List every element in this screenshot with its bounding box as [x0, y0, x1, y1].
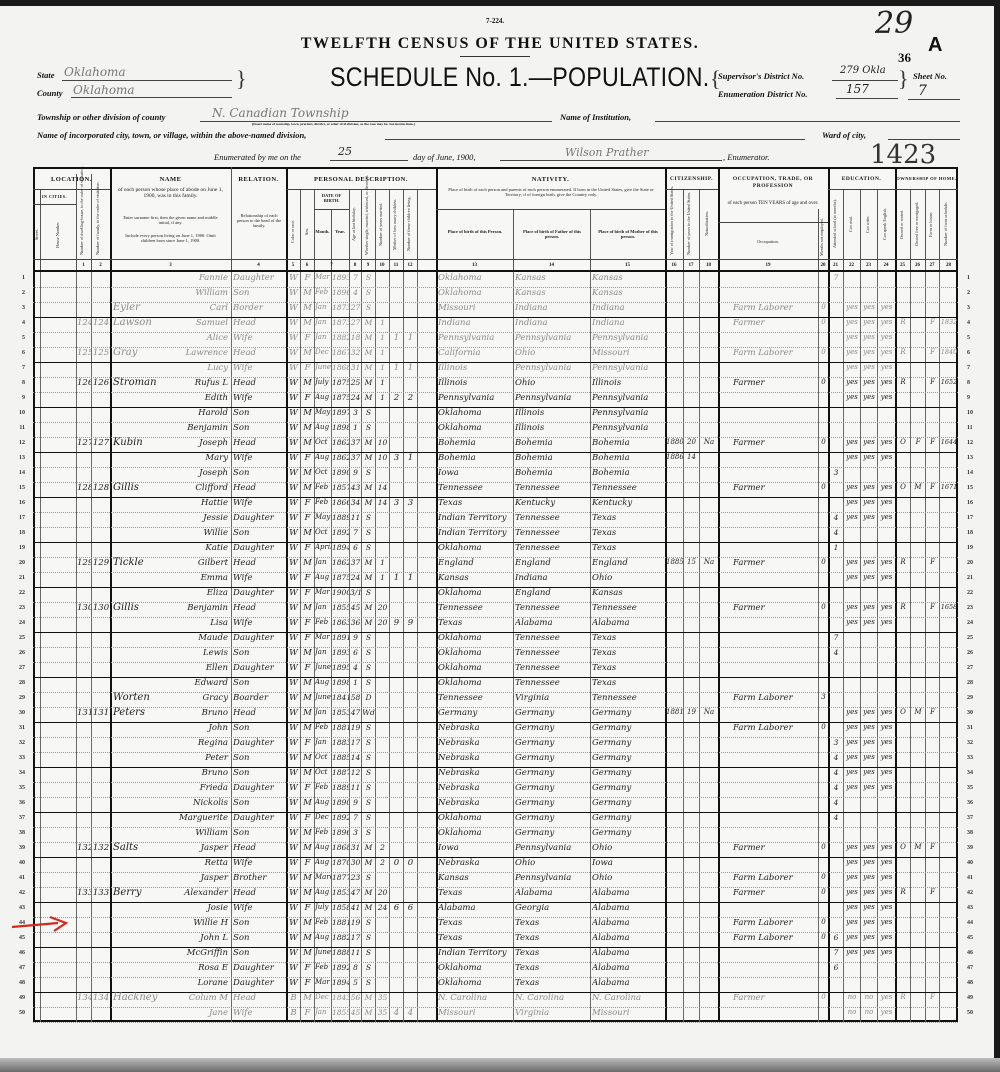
birthplace-mother: Germany: [592, 813, 665, 823]
sex: M: [301, 753, 314, 763]
row-number-right: 25: [967, 635, 983, 641]
table-row[interactable]: 23 130 130 Gillis Benjamin Head W M Jan …: [33, 602, 958, 618]
colnum-18: 18: [699, 263, 718, 268]
color-race: W: [287, 798, 300, 808]
birthplace-father: Texas: [515, 918, 590, 928]
attended-school: 4: [829, 813, 843, 822]
table-row[interactable]: 29 Worten Gracy Boarder W M June 1841 58…: [33, 692, 958, 708]
color-race: W: [287, 873, 300, 883]
color-race: W: [287, 948, 300, 958]
sex: M: [301, 918, 314, 928]
relation: Daughter: [233, 543, 285, 553]
birthplace-mother: Texas: [592, 663, 665, 673]
age: 31: [350, 843, 361, 852]
birth-year: 1895: [332, 663, 349, 672]
marital-status: M: [362, 1008, 375, 1017]
relation: Son: [233, 933, 285, 943]
birthplace-father: Ohio: [515, 378, 590, 388]
hdr-personal-description: PERSONAL DESCRIPTION.: [286, 176, 436, 183]
can-speak-english: yes: [878, 723, 895, 731]
birth-year: 1890: [332, 798, 349, 807]
birth-month: Feb: [315, 783, 331, 791]
farm-house: F: [926, 843, 939, 851]
birthplace-mother: Germany: [592, 738, 665, 748]
birthplace-person: Oklahoma: [438, 633, 513, 643]
birthplace-mother: Bohemia: [592, 438, 665, 448]
given-name: Lucy: [161, 363, 230, 373]
occupation: Farmer: [733, 993, 817, 1003]
attended-school: 6: [829, 963, 843, 972]
family-number: 127: [92, 438, 110, 448]
row-number-left: 1: [9, 275, 25, 281]
occupation: Farm Laborer: [733, 693, 817, 703]
table-row[interactable]: 34 Bruno Son W M Oct 1887 12 S Nebraska …: [33, 767, 958, 783]
years-married: 20: [376, 603, 389, 612]
relation: Son: [233, 468, 285, 478]
sex: F: [301, 573, 314, 583]
colnum-2: 2: [91, 263, 110, 268]
can-write: yes: [861, 873, 877, 881]
table-row[interactable]: 10 Harold Son W M May 1897 3 S Oklahoma …: [33, 407, 958, 423]
marital-status: S: [362, 798, 375, 807]
table-row[interactable]: 41 Jasper Brother W M March 1877 23 S Ka…: [33, 872, 958, 888]
table-row[interactable]: 44 Willie H Son W M Feb 1881 19 S Texas …: [33, 917, 958, 933]
table-row[interactable]: 1 Fannie Daughter W F Mar 1893 7 S Oklah…: [33, 272, 958, 288]
colnum-25: 25: [895, 263, 910, 268]
can-write: yes: [861, 918, 877, 926]
years-married: 35: [376, 993, 389, 1002]
marital-status: M: [362, 843, 375, 852]
relation: Head: [233, 708, 285, 718]
can-read: yes: [844, 843, 860, 851]
color-race: W: [287, 393, 300, 403]
can-write: yes: [861, 513, 877, 521]
birthplace-father: Pennsylvania: [515, 363, 590, 373]
row-number-left: 9: [9, 395, 25, 401]
row-number-right: 8: [967, 380, 983, 386]
relation: Son: [233, 948, 285, 958]
table-row[interactable]: 12 127 127 Kubin Joseph Head W M Oct 186…: [33, 437, 958, 453]
owned-rented: O: [896, 708, 910, 716]
table-row[interactable]: 37 Marguerite Daughter W F Dec 1892 7 S …: [33, 812, 958, 828]
relation: Son: [233, 723, 285, 733]
row-number-right: 49: [967, 995, 983, 1001]
birthplace-father: Tennessee: [515, 513, 590, 523]
farm-house: F: [926, 438, 939, 446]
color-race: W: [287, 468, 300, 478]
birth-year: 1877: [332, 873, 349, 882]
birthplace-father: Texas: [515, 948, 590, 958]
can-speak-english: yes: [878, 378, 895, 386]
birthplace-father: Germany: [515, 828, 590, 838]
table-row[interactable]: 4 124 124 Lawson Samuel Head W M Jan 187…: [33, 317, 958, 333]
birthplace-mother: Alabama: [592, 933, 665, 943]
birth-month: Feb: [315, 618, 331, 626]
birth-year: 1882: [332, 933, 349, 942]
county-value: Oklahoma: [73, 83, 135, 97]
birth-month: Aug: [315, 843, 331, 851]
can-speak-english: yes: [878, 993, 895, 1001]
sex: F: [301, 663, 314, 673]
marital-status: M: [362, 393, 375, 402]
age: 7: [350, 528, 361, 537]
colnum-28: 28: [939, 263, 958, 268]
table-row[interactable]: 14 Joseph Son W M Oct 1890 9 S Iowa Bohe…: [33, 467, 958, 483]
table-row[interactable]: 43 Josie Wife W F July 1858 41 M 24 6 6 …: [33, 902, 958, 918]
years-married: 14: [376, 483, 389, 492]
birthplace-mother: Tennessee: [592, 693, 665, 703]
marital-status: M: [362, 438, 375, 447]
given-name: Frieda: [161, 783, 230, 793]
birthplace-mother: Pennsylvania: [592, 423, 665, 433]
birthplace-person: Kansas: [438, 573, 513, 583]
can-speak-english: yes: [878, 363, 895, 371]
age: 3: [350, 408, 361, 417]
table-row[interactable]: 17 Jessie Daughter W F May 1889 11 S Ind…: [33, 512, 958, 528]
relation: Son: [233, 918, 285, 928]
table-row[interactable]: 48 Lorane Daughter W F Mar 1894 5 S Okla…: [33, 977, 958, 993]
table-row[interactable]: 3 Eyler Carl Border W M Jan 1873 27 S Mi…: [33, 302, 958, 318]
age: 7: [350, 273, 361, 282]
color-race: W: [287, 828, 300, 838]
marital-status: S: [362, 633, 375, 642]
birthplace-mother: Kentucky: [592, 498, 665, 508]
birthplace-father: Tennessee: [515, 528, 590, 538]
relation: Head: [233, 843, 285, 853]
table-row[interactable]: 39 132 132 Salts Jasper Head W M Aug 186…: [33, 842, 958, 858]
table-row[interactable]: 11 Benjamin Son W M Aug 1898 1 S Oklahom…: [33, 422, 958, 438]
marital-status: S: [362, 753, 375, 762]
table-row[interactable]: 2 William Son W M Feb 1896 4 S Oklahoma …: [33, 287, 958, 303]
birthplace-person: England: [438, 558, 513, 568]
sheet-underline: [908, 99, 960, 100]
occupation: Farm Laborer: [733, 723, 817, 733]
birth-year: 1893: [332, 648, 349, 657]
table-row[interactable]: 7 Lucy Wife W F June 1868 31 M 1 1 1 Ill…: [33, 362, 958, 378]
table-row[interactable]: 8 126 126 Stroman Rufus L Head W M July …: [33, 377, 958, 393]
row-number-right: 28: [967, 680, 983, 686]
birth-month: Feb: [315, 498, 331, 506]
can-speak-english: yes: [878, 783, 895, 791]
children-living: 1: [404, 573, 417, 583]
birthplace-mother: Alabama: [592, 618, 665, 628]
relation: Head: [233, 348, 285, 358]
birth-month: Aug: [315, 933, 331, 941]
years-married: 1: [376, 393, 389, 402]
sex: F: [301, 393, 314, 403]
given-name: Joseph: [161, 468, 230, 478]
enumerator-name: Wilson Prather: [565, 146, 649, 159]
naturalization: Na: [700, 438, 718, 446]
table-row[interactable]: 22 Eliza Daughter W F Mar 1900 3/12 S Ok…: [33, 587, 958, 603]
can-read: yes: [844, 483, 860, 491]
dwelling-number: 132: [77, 843, 91, 853]
stamp-36: 36: [898, 50, 911, 66]
row-number-left: 22: [9, 590, 25, 596]
table-row[interactable]: 28 Edward Son W M Aug 1898 1 S Oklahoma …: [33, 677, 958, 693]
sheet-side: A: [928, 34, 942, 57]
dwelling-number: 133: [77, 888, 91, 898]
birth-month: Jan: [315, 738, 331, 746]
birthplace-mother: Alabama: [592, 963, 665, 973]
hdr-name-instr1: Enter surname first, then the given name…: [118, 215, 223, 225]
table-row[interactable]: 36 Nickolis Son W M Aug 1890 9 S Nebrask…: [33, 797, 958, 813]
dwelling-number: 125: [77, 348, 91, 358]
row-number-left: 10: [9, 410, 25, 416]
occupation: Farmer: [733, 438, 817, 448]
birth-month: Jan: [315, 648, 331, 656]
birthplace-person: Texas: [438, 918, 513, 928]
sex: F: [301, 963, 314, 973]
sex: F: [301, 783, 314, 793]
birth-month: Mar: [315, 588, 331, 596]
can-read: yes: [844, 933, 860, 941]
birthplace-person: N. Carolina: [438, 993, 513, 1003]
birthplace-person: Kansas: [438, 873, 513, 883]
row-number-right: 32: [967, 740, 983, 746]
marital-status: M: [362, 348, 375, 357]
row-number-right: 24: [967, 620, 983, 626]
row-number-left: 37: [9, 815, 25, 821]
hdr-years-married: Number of years married.: [378, 193, 387, 255]
hdr-date-of-birth: DATE OF BIRTH.: [314, 193, 349, 203]
family-number: 129: [92, 558, 110, 568]
given-name: Jane: [161, 1008, 230, 1018]
dwelling-number: 129: [77, 558, 91, 568]
supervisor-label: Supervisor's District No.: [718, 71, 804, 81]
owned-rented: R: [896, 558, 910, 566]
years-married: 1: [376, 363, 389, 372]
birthplace-person: Oklahoma: [438, 408, 513, 418]
age: 37: [350, 453, 361, 462]
table-row[interactable]: 5 Alice Wife W F Jan 1882 18 M 1 1 1 Pen…: [33, 332, 958, 348]
mother-of: 1: [390, 363, 403, 373]
sex: M: [301, 648, 314, 658]
table-row[interactable]: 24 Lisa Wife W F Feb 1863 36 M 20 9 9 Te…: [33, 617, 958, 633]
birth-month: Aug: [315, 858, 331, 866]
row-number-left: 35: [9, 785, 25, 791]
hdr-hrule: [314, 209, 349, 210]
table-row[interactable]: 42 133 133 Berry Alexander Head W M Aug …: [33, 887, 958, 903]
birthplace-father: Alabama: [515, 618, 590, 628]
hdr-birth-mother: Place of birth of Mother of this person.: [595, 229, 661, 239]
surname: Tickle: [113, 557, 163, 568]
scan-top-edge: [0, 0, 1000, 6]
hdr-nativity-desc: Place of birth of each person and parent…: [443, 187, 659, 197]
free-mortgaged: M: [911, 483, 925, 491]
birthplace-person: Bohemia: [438, 438, 513, 448]
can-read: yes: [844, 558, 860, 566]
birth-month: Dec: [315, 993, 331, 1001]
can-speak-english: yes: [878, 558, 895, 566]
row-number-left: 43: [9, 905, 25, 911]
birth-month: Mar: [315, 633, 331, 641]
table-row[interactable]: 16 Hattie Wife W F Feb 1866 34 M 14 3 3 …: [33, 497, 958, 513]
can-read: no: [844, 993, 860, 1001]
color-race: W: [287, 588, 300, 598]
hdr-attended-school: Attended school (in months).: [832, 193, 841, 255]
birth-month: Aug: [315, 393, 331, 401]
can-read: yes: [844, 453, 860, 461]
relation: Brother: [233, 873, 285, 883]
birthplace-father: Georgia: [515, 903, 590, 913]
table-row[interactable]: 25 Maude Daughter W F Mar 1891 9 S Oklah…: [33, 632, 958, 648]
table-row[interactable]: 46 McGriffin Son W M June 1888 11 S Indi…: [33, 947, 958, 963]
years-in-us: 15: [684, 558, 699, 566]
row-number-right: 6: [967, 350, 983, 356]
hdr-hrule: [718, 222, 828, 223]
birthplace-person: Oklahoma: [438, 828, 513, 838]
birth-year: 1868: [332, 843, 349, 852]
relation: Border: [233, 303, 285, 313]
can-speak-english: yes: [878, 1008, 895, 1016]
hdr-hrule: [33, 259, 958, 260]
given-name: Jessie: [161, 513, 230, 523]
can-write: yes: [861, 723, 877, 731]
table-row[interactable]: 30 131 131 Peters Bruno Head W M Jan 185…: [33, 707, 958, 723]
months-unemployed: 0: [819, 378, 828, 386]
sex: F: [301, 588, 314, 598]
table-row[interactable]: 49 134 134 Hackney Colum M Head B M Dec …: [33, 992, 958, 1008]
hdr-street: Street.: [34, 215, 40, 255]
years-married: 35: [376, 1008, 389, 1017]
birth-year: 1843: [332, 993, 349, 1002]
table-row[interactable]: 19 Katie Daughter W F April 1894 6 S Okl…: [33, 542, 958, 558]
table-row[interactable]: 21 Emma Wife W F Aug 1875 24 M 1 1 1 Kan…: [33, 572, 958, 588]
months-unemployed: 0: [819, 888, 828, 896]
birth-year: 1853: [332, 708, 349, 717]
marital-status: M: [362, 888, 375, 897]
age: 6: [350, 648, 361, 657]
color-race: W: [287, 618, 300, 628]
relation: Boarder: [233, 693, 285, 703]
table-row[interactable]: 35 Frieda Daughter W F Feb 1889 11 S Neb…: [33, 782, 958, 798]
months-unemployed: 0: [819, 303, 828, 311]
hdr-family-number: Number of family, in the order of visita…: [95, 181, 105, 255]
birthplace-father: Pennsylvania: [515, 873, 590, 883]
row-number-right: 48: [967, 980, 983, 986]
table-row[interactable]: 31 John Son W M Feb 1881 19 S Nebraska G…: [33, 722, 958, 738]
relation: Daughter: [233, 663, 285, 673]
table-row[interactable]: 18 Willie Son W M Oct 1892 7 S Indian Te…: [33, 527, 958, 543]
table-row[interactable]: 50 Jane Wife B F Jan 1855 45 M 35 4 4 Mi…: [33, 1007, 958, 1023]
sex: F: [301, 453, 314, 463]
color-race: W: [287, 438, 300, 448]
marital-status: M: [362, 903, 375, 912]
color-race: W: [287, 288, 300, 298]
row-number-right: 44: [967, 920, 983, 926]
table-row[interactable]: 9 Edith Wife W F Aug 1875 24 M 1 2 2 Pen…: [33, 392, 958, 408]
color-race: W: [287, 513, 300, 523]
colnum-5: 5: [286, 263, 300, 268]
can-write: yes: [861, 753, 877, 761]
birth-month: April: [315, 543, 331, 551]
given-name: Fannie: [161, 273, 230, 283]
sex: F: [301, 978, 314, 988]
can-read: yes: [844, 573, 860, 581]
birth-month: May: [315, 408, 331, 416]
can-write: yes: [861, 903, 877, 911]
occupation: Farmer: [733, 843, 817, 853]
birthplace-father: Germany: [515, 708, 590, 718]
table-row[interactable]: 40 Retta Wife W F Aug 1870 30 M 2 0 0 Ne…: [33, 857, 958, 873]
hdr-occupation: OCCUPATION, TRADE, OR PROFESSION: [718, 176, 828, 190]
table-row[interactable]: 26 Lewis Son W M Jan 1893 6 S Oklahoma T…: [33, 647, 958, 663]
row-number-right: 40: [967, 860, 983, 866]
free-mortgaged: M: [911, 843, 925, 851]
birth-month: Feb: [315, 918, 331, 926]
months-unemployed: 0: [819, 483, 828, 491]
hdr-year: Year.: [331, 229, 349, 234]
given-name: Gilbert: [161, 558, 230, 568]
age: 25: [350, 378, 361, 387]
birthplace-mother: Iowa: [592, 858, 665, 868]
table-row[interactable]: 15 128 128 Gillis Clifford Head W M Feb …: [33, 482, 958, 498]
table-row[interactable]: 13 Mary Wife W F Aug 1862 37 M 10 3 1 Bo…: [33, 452, 958, 468]
sex: M: [301, 723, 314, 733]
birth-month: Aug: [315, 678, 331, 686]
surname: Gillis: [113, 602, 163, 613]
mother-of: 1: [390, 333, 403, 343]
table-row[interactable]: 38 William Son W M Feb 1896 3 S Oklahoma…: [33, 827, 958, 843]
dwelling-number: 130: [77, 603, 91, 613]
sex: M: [301, 423, 314, 433]
color-race: W: [287, 723, 300, 733]
farm-schedule-number: 1671: [940, 483, 958, 491]
table-row[interactable]: 45 John L Son W M Aug 1882 17 S Texas Te…: [33, 932, 958, 948]
marital-status: S: [362, 873, 375, 882]
age: 1: [350, 678, 361, 687]
marital-status: S: [362, 783, 375, 792]
table-row[interactable]: 32 Regina Daughter W F Jan 1883 17 S Neb…: [33, 737, 958, 753]
row-number-right: 47: [967, 965, 983, 971]
birthplace-father: Ohio: [515, 348, 590, 358]
age: 17: [350, 933, 361, 942]
city-underline: [385, 139, 805, 140]
family-number: 134: [92, 993, 110, 1003]
table-row[interactable]: 6 125 125 Gray Lawrence Head W M Dec 186…: [33, 347, 958, 363]
table-row[interactable]: 20 129 129 Tickle Gilbert Head W M Jan 1…: [33, 557, 958, 573]
table-row[interactable]: 33 Peter Son W M Oct 1885 14 S Nebraska …: [33, 752, 958, 768]
relation: Wife: [233, 573, 285, 583]
relation: Son: [233, 288, 285, 298]
table-row[interactable]: 27 Ellen Daughter W F June 1895 4 S Okla…: [33, 662, 958, 678]
marital-status: S: [362, 768, 375, 777]
color-race: W: [287, 633, 300, 643]
given-name: Mary: [161, 453, 230, 463]
relation: Daughter: [233, 738, 285, 748]
birthplace-mother: Germany: [592, 723, 665, 733]
given-name: Alexander: [161, 888, 230, 898]
district-brace-right: }: [898, 66, 909, 92]
birthplace-mother: Texas: [592, 678, 665, 688]
color-race: W: [287, 573, 300, 583]
birth-year: 1891: [332, 633, 349, 642]
birthplace-father: Indiana: [515, 318, 590, 328]
hdr-can-write: Can write.: [865, 193, 873, 255]
color-race: W: [287, 543, 300, 553]
birthplace-mother: Kansas: [592, 273, 665, 283]
birth-year: 1855: [332, 603, 349, 612]
birthplace-person: Oklahoma: [438, 963, 513, 973]
row-number-right: 4: [967, 320, 983, 326]
marital-status: S: [362, 648, 375, 657]
row-number-left: 42: [9, 890, 25, 896]
birthplace-father: Tennessee: [515, 543, 590, 553]
table-row[interactable]: 47 Rosa E Daughter W F Feb 1892 8 S Okla…: [33, 962, 958, 978]
relation: Son: [233, 528, 285, 538]
relation: Wife: [233, 1008, 285, 1018]
